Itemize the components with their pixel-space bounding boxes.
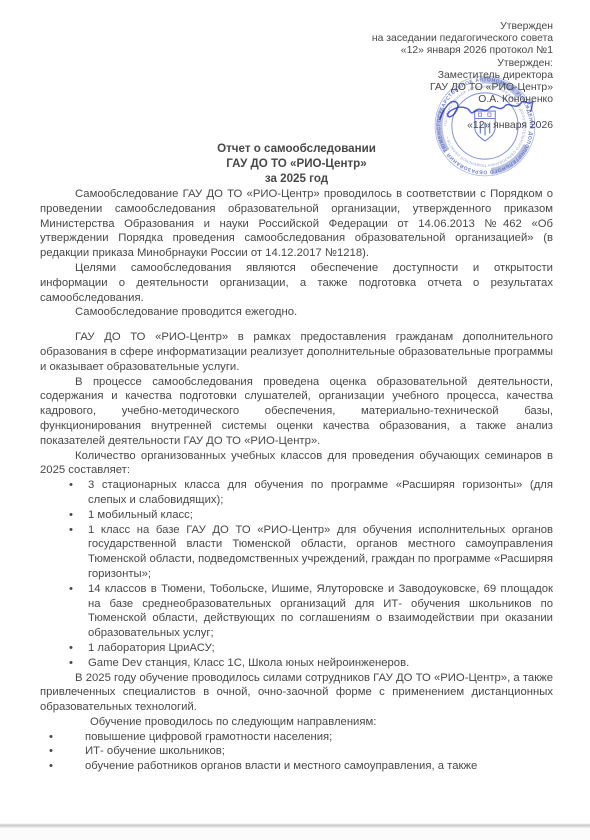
approval-line: О.А. Кононенко bbox=[372, 94, 553, 106]
paragraph: В 2025 году обучение проводилось силами … bbox=[40, 671, 553, 715]
title-line: ГАУ ДО ТО «РИО-Центр» bbox=[40, 156, 553, 171]
signed-date: «12» января 2026 bbox=[372, 120, 553, 132]
classes-list: 3 стационарных класса для обучения по пр… bbox=[40, 478, 553, 670]
paragraph: Целями самообследования являются обеспеч… bbox=[40, 261, 553, 305]
list-item: 1 лаборатория ЦриАСУ; bbox=[40, 641, 553, 656]
below-page-area bbox=[0, 828, 590, 840]
approval-line: Утвержден: bbox=[372, 58, 553, 70]
paragraph: Количество организованных учебных классо… bbox=[40, 449, 553, 479]
title-line: за 2025 год bbox=[40, 171, 553, 186]
directions-list: повышение цифровой грамотности населения… bbox=[40, 730, 553, 774]
paragraph: Самообследование ГАУ ДО ТО «РИО-Центр» п… bbox=[40, 187, 553, 261]
approval-line: на заседании педагогического совета bbox=[372, 33, 553, 45]
approval-line: ГАУ ДО ТО «РИО-Центр» bbox=[372, 82, 553, 94]
paragraph: Самообследование проводится ежегодно. bbox=[40, 305, 553, 320]
approval-line: Заместитель директора bbox=[372, 70, 553, 82]
paragraph: Обучение проводилось по следующим направ… bbox=[40, 715, 553, 730]
approval-line: «12» января 2026 протокол №1 bbox=[372, 45, 553, 57]
list-item: Game Dev станция, Класс 1С, Школа юных н… bbox=[40, 656, 553, 671]
approval-block: Утвержден на заседании педагогического с… bbox=[372, 21, 553, 133]
document-body: Самообследование ГАУ ДО ТО «РИО-Центр» п… bbox=[40, 187, 553, 774]
list-item: 3 стационарных класса для обучения по пр… bbox=[40, 478, 553, 508]
page-title: Отчет о самообследовании ГАУ ДО ТО «РИО-… bbox=[40, 141, 553, 186]
list-item: 1 мобильный класс; bbox=[40, 508, 553, 523]
approval-line: Утвержден bbox=[372, 21, 553, 33]
list-item: 1 класс на базе ГАУ ДО ТО «РИО-Центр» дл… bbox=[40, 523, 553, 582]
list-item: обучение работников органов власти и мес… bbox=[40, 759, 553, 774]
list-item: ИТ- обучение школьников; bbox=[40, 744, 553, 759]
title-line: Отчет о самообследовании bbox=[40, 141, 553, 156]
paragraph: ГАУ ДО ТО «РИО-Центр» в рамках предостав… bbox=[40, 330, 553, 374]
document-page: Утвержден на заседании педагогического с… bbox=[0, 0, 590, 840]
list-item: повышение цифровой грамотности населения… bbox=[40, 730, 553, 745]
list-item: 14 классов в Тюмени, Тобольске, Ишиме, Я… bbox=[40, 582, 553, 641]
paragraph: В процессе самообследования проведена оц… bbox=[40, 375, 553, 449]
